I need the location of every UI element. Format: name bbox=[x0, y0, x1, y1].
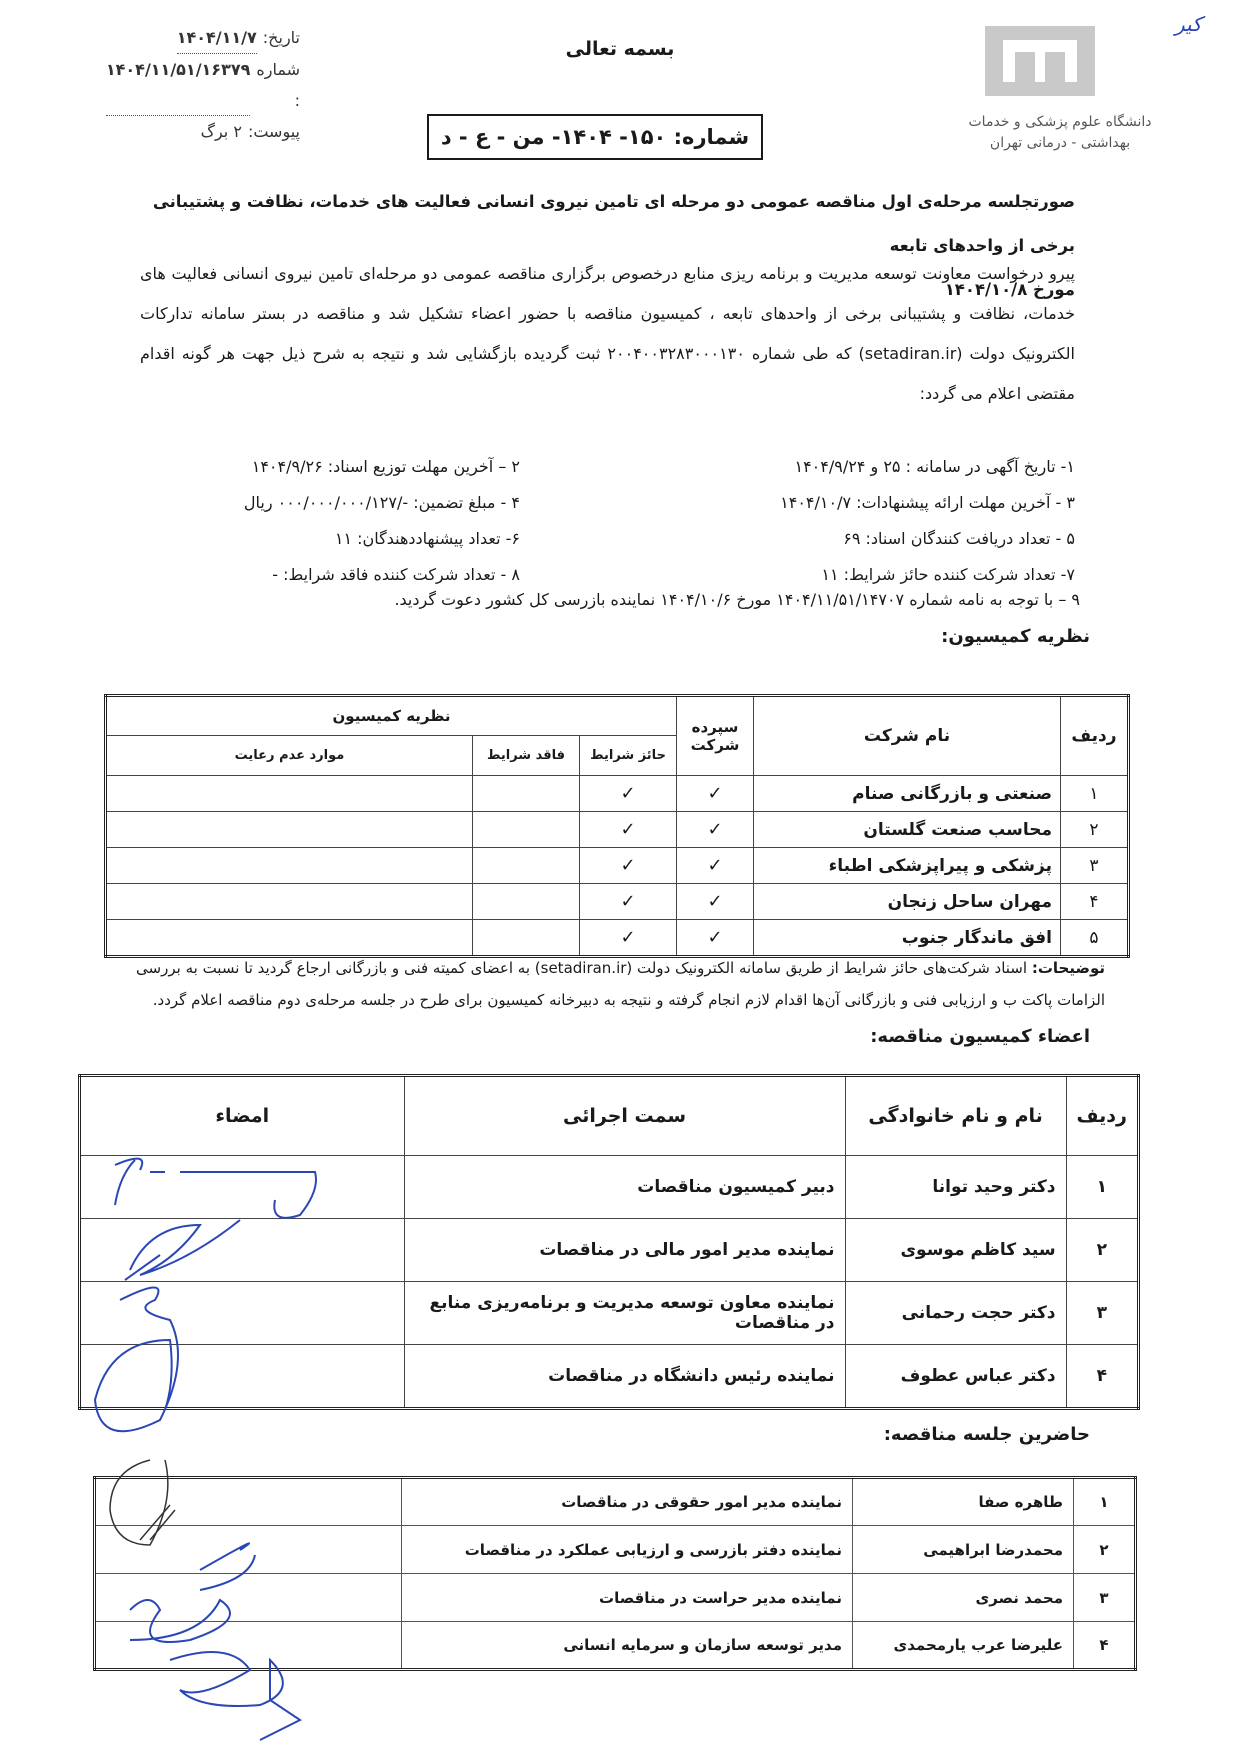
signature-4-icon bbox=[110, 1460, 175, 1545]
signature-3-icon bbox=[95, 1288, 178, 1432]
signature-2-icon bbox=[125, 1220, 240, 1280]
signatures-overlay bbox=[0, 0, 1239, 1759]
signature-5-icon bbox=[200, 1543, 255, 1590]
signature-6-icon bbox=[130, 1600, 230, 1642]
signature-7-icon bbox=[170, 1652, 300, 1740]
signature-1-icon bbox=[115, 1159, 316, 1218]
